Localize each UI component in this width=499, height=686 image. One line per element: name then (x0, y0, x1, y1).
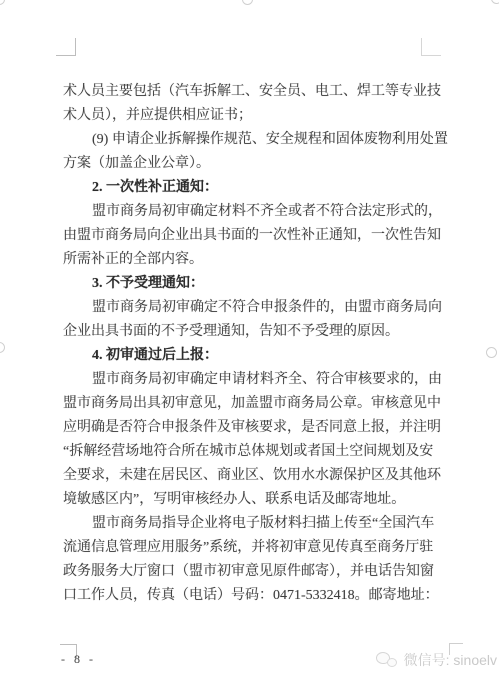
section-heading: 2. 一次性补正通知： (63, 176, 449, 200)
doc-line: 流通信息管理应用服务”系统，并将初审意见传真至商务厅驻 (63, 536, 449, 560)
binding-hole-top-center (242, 0, 253, 5)
doc-line: 盟市商务局初审确定材料不齐全或者不符合法定形式的， (63, 200, 449, 224)
doc-line: 全要求，未建在居民区、商业区、饮用水水源保护区及其他环 (63, 464, 449, 488)
binding-hole-right-middle (486, 347, 497, 358)
doc-line: 术人员），并应提供相应证书； (63, 104, 449, 128)
section-heading: 4. 初审通过后上报： (63, 344, 449, 368)
doc-line: 口工作人员，传真（电话）号码：0471-5332418。邮寄地址： (63, 584, 449, 608)
doc-line: 所需补正的全部内容。 (63, 248, 449, 272)
doc-line: 盟市商务局初审确定申请材料齐全、符合审核要求的，由 (63, 368, 449, 392)
doc-line: 应明确是否符合申报条件及审核要求，是否同意上报，并注明 (63, 416, 449, 440)
crop-mark-top-left (56, 38, 76, 56)
doc-line: 盟市商务局指导企业将电子版材料扫描上传至“全国汽车 (63, 512, 449, 536)
binding-hole-top-left (0, 0, 5, 5)
watermark-label: 微信号: sinoelv (404, 650, 497, 670)
crop-mark-top-right (421, 38, 441, 56)
doc-line: 企业出具书面的不予受理通知，告知不予受理的原因。 (63, 320, 449, 344)
doc-line: (9) 申请企业拆解操作规范、安全规程和固体废物利用处置 (63, 128, 449, 152)
wechat-icon (376, 650, 399, 670)
doc-line: 境敏感区内”，写明审核经办人、联系电话及邮寄地址。 (63, 488, 449, 512)
doc-line: “拆解经营场地符合所在城市总体规划或者国土空间规划及安 (63, 440, 449, 464)
watermark: 微信号: sinoelv (376, 650, 497, 670)
doc-line: 盟市商务局出具初审意见，加盖盟市商务局公章。审核意见中 (63, 392, 449, 416)
binding-hole-top-right (491, 0, 499, 4)
doc-line: 方案（加盖企业公章）。 (63, 152, 449, 176)
binding-hole-left-middle (0, 342, 5, 353)
doc-line: 由盟市商务局向企业出具书面的一次性补正通知，一次性告知 (63, 224, 449, 248)
section-heading: 3. 不予受理通知： (63, 272, 449, 296)
doc-line: 术人员主要包括（汽车拆解工、安全员、电工、焊工等专业技 (63, 80, 449, 104)
document-text-block: 术人员主要包括（汽车拆解工、安全员、电工、焊工等专业技 术人员），并应提供相应证… (63, 80, 449, 608)
doc-line: 政务服务大厅窗口（盟市初审意见原件邮寄），并电话告知窗 (63, 560, 449, 584)
page-number: - 8 - (61, 652, 96, 667)
scanned-document-page: 术人员主要包括（汽车拆解工、安全员、电工、焊工等专业技 术人员），并应提供相应证… (0, 0, 499, 686)
doc-line: 盟市商务局初审确定不符合申报条件的，由盟市商务局向 (63, 296, 449, 320)
